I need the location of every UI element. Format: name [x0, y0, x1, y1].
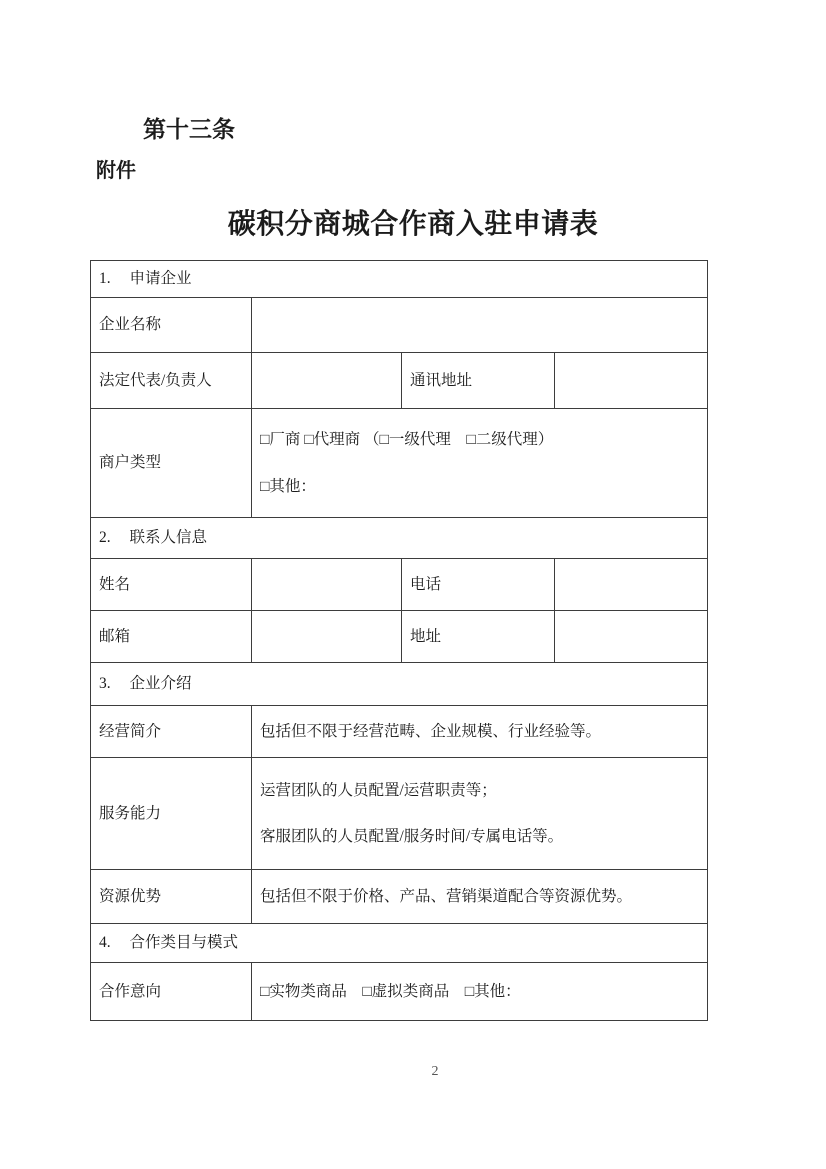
section-1-number: 1. — [99, 269, 111, 288]
phone-field[interactable] — [555, 559, 708, 611]
contact-name-field[interactable] — [252, 559, 402, 611]
section-1-title: 申请企业 — [130, 270, 192, 287]
legal-rep-field[interactable] — [252, 353, 402, 409]
business-profile-label: 经营简介 — [91, 706, 252, 758]
section-2-number: 2. — [99, 528, 111, 547]
merchant-type-label: 商户类型 — [91, 409, 252, 518]
merchant-type-other-checkbox[interactable]: □其他： — [260, 477, 703, 496]
section-1-row: 1. 申请企业 — [91, 261, 708, 298]
attachment-label: 附件 — [96, 160, 136, 182]
address-label: 地址 — [402, 611, 555, 663]
service-capability-row: 服务能力 运营团队的人员配置/运营职责等； 客服团队的人员配置/服务时间/专属电… — [91, 758, 708, 870]
mailing-address-label: 通讯地址 — [402, 353, 555, 409]
company-name-label: 企业名称 — [91, 298, 252, 353]
section-2-title: 联系人信息 — [130, 529, 208, 546]
section-4-row: 4. 合作类目与模式 — [91, 924, 708, 963]
section-3-title: 企业介绍 — [130, 675, 192, 692]
mailing-address-field[interactable] — [555, 353, 708, 409]
email-row: 邮箱 地址 — [91, 611, 708, 663]
email-label: 邮箱 — [91, 611, 252, 663]
resource-advantage-field[interactable]: 包括但不限于价格、产品、营销渠道配合等资源优势。 — [252, 870, 708, 924]
contact-name-row: 姓名 电话 — [91, 559, 708, 611]
section-3-row: 3. 企业介绍 — [91, 663, 708, 706]
application-form-table: 1. 申请企业 企业名称 法定代表/负责人 通讯地址 商户类型 □厂商 □代理商… — [90, 260, 708, 1021]
cooperation-intent-row: 合作意向 □实物类商品 □虚拟类商品 □其他： — [91, 963, 708, 1021]
legal-rep-row: 法定代表/负责人 通讯地址 — [91, 353, 708, 409]
resource-advantage-label: 资源优势 — [91, 870, 252, 924]
merchant-type-options[interactable]: □厂商 □代理商 （□一级代理 □二级代理） □其他： — [252, 409, 708, 518]
company-name-row: 企业名称 — [91, 298, 708, 353]
section-2-header: 2. 联系人信息 — [91, 518, 708, 559]
cooperation-intent-label: 合作意向 — [91, 963, 252, 1021]
resource-advantage-row: 资源优势 包括但不限于价格、产品、营销渠道配合等资源优势。 — [91, 870, 708, 924]
section-4-header: 4. 合作类目与模式 — [91, 924, 708, 963]
form-title: 碳积分商城合作商入驻申请表 — [0, 211, 826, 239]
company-name-field[interactable] — [252, 298, 708, 353]
section-4-number: 4. — [99, 933, 111, 952]
section-3-header: 3. 企业介绍 — [91, 663, 708, 706]
contact-name-label: 姓名 — [91, 559, 252, 611]
service-capability-hint-2: 客服团队的人员配置/服务时间/专属电话等。 — [260, 827, 703, 846]
legal-rep-label: 法定代表/负责人 — [91, 353, 252, 409]
phone-label: 电话 — [402, 559, 555, 611]
article-heading: 第十三条 — [143, 118, 235, 141]
business-profile-field[interactable]: 包括但不限于经营范畴、企业规模、行业经验等。 — [252, 706, 708, 758]
merchant-type-row: 商户类型 □厂商 □代理商 （□一级代理 □二级代理） □其他： — [91, 409, 708, 518]
service-capability-field[interactable]: 运营团队的人员配置/运营职责等； 客服团队的人员配置/服务时间/专属电话等。 — [252, 758, 708, 870]
section-4-title: 合作类目与模式 — [130, 934, 239, 951]
document-page: 第十三条 附件 碳积分商城合作商入驻申请表 1. 申请企业 企业名称 法定代表/… — [0, 0, 826, 1169]
address-field[interactable] — [555, 611, 708, 663]
service-capability-label: 服务能力 — [91, 758, 252, 870]
resource-advantage-hint: 包括但不限于价格、产品、营销渠道配合等资源优势。 — [260, 888, 632, 905]
email-field[interactable] — [252, 611, 402, 663]
section-2-row: 2. 联系人信息 — [91, 518, 708, 559]
merchant-type-checkboxes[interactable]: □厂商 □代理商 （□一级代理 □二级代理） — [260, 430, 703, 449]
cooperation-intent-options[interactable]: □实物类商品 □虚拟类商品 □其他： — [252, 963, 708, 1021]
business-profile-row: 经营简介 包括但不限于经营范畴、企业规模、行业经验等。 — [91, 706, 708, 758]
business-profile-hint: 包括但不限于经营范畴、企业规模、行业经验等。 — [260, 723, 601, 740]
cooperation-intent-checkboxes[interactable]: □实物类商品 □虚拟类商品 □其他： — [260, 983, 521, 1000]
section-3-number: 3. — [99, 674, 111, 693]
section-1-header: 1. 申请企业 — [91, 261, 708, 298]
service-capability-hint-1: 运营团队的人员配置/运营职责等； — [260, 781, 703, 800]
page-number: 2 — [90, 1064, 780, 1080]
